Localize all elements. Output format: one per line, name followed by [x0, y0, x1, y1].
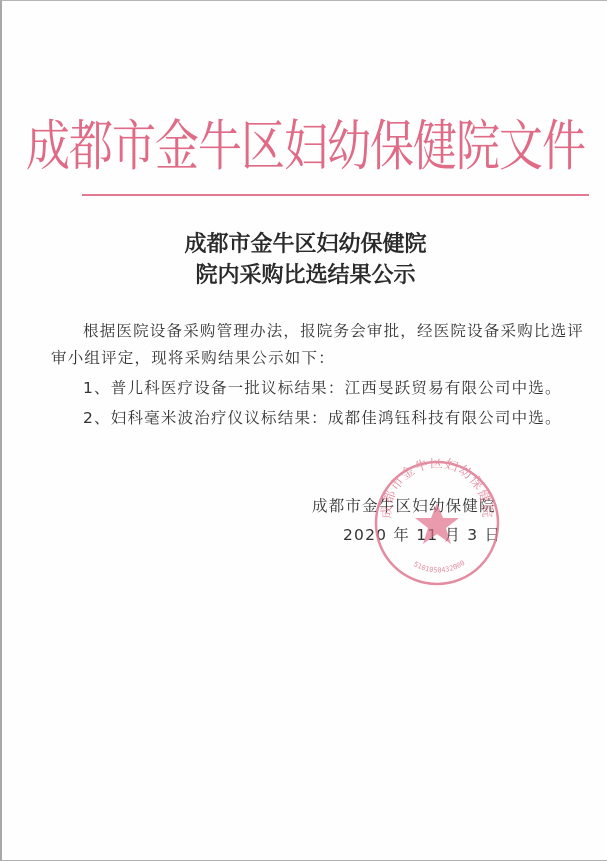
svg-text:5101050432000: 5101050432000	[412, 559, 466, 575]
intro-paragraph-line2: 审小组评定，现将采购结果公示如下：	[51, 346, 335, 368]
signature-organization: 成都市金牛区妇幼保健院	[312, 494, 496, 516]
signature-date: 2020 年 11 月 3 日	[343, 523, 501, 545]
letterhead-title: 成都市金牛区妇幼保健院文件	[2, 101, 607, 181]
document-title-line2: 院内采购比选结果公示	[2, 258, 607, 289]
seal-code: 5101050432000	[412, 559, 466, 575]
result-item-2: 2、妇科毫米波治疗仪议标结果：成都佳鸿钰科技有限公司中选。	[83, 406, 562, 428]
document-page: 成都市金牛区妇幼保健院文件 成都市金牛区妇幼保健院 院内采购比选结果公示 根据医…	[0, 0, 607, 861]
document-title-line1: 成都市金牛区妇幼保健院	[2, 227, 607, 258]
intro-paragraph-line1: 根据医院设备采购管理办法，报院务会审批，经医院设备采购比选评	[83, 319, 584, 341]
letterhead-divider	[82, 194, 589, 196]
result-item-1: 1、普儿科医疗设备一批议标结果：江西旻跃贸易有限公司中选。	[83, 376, 562, 398]
